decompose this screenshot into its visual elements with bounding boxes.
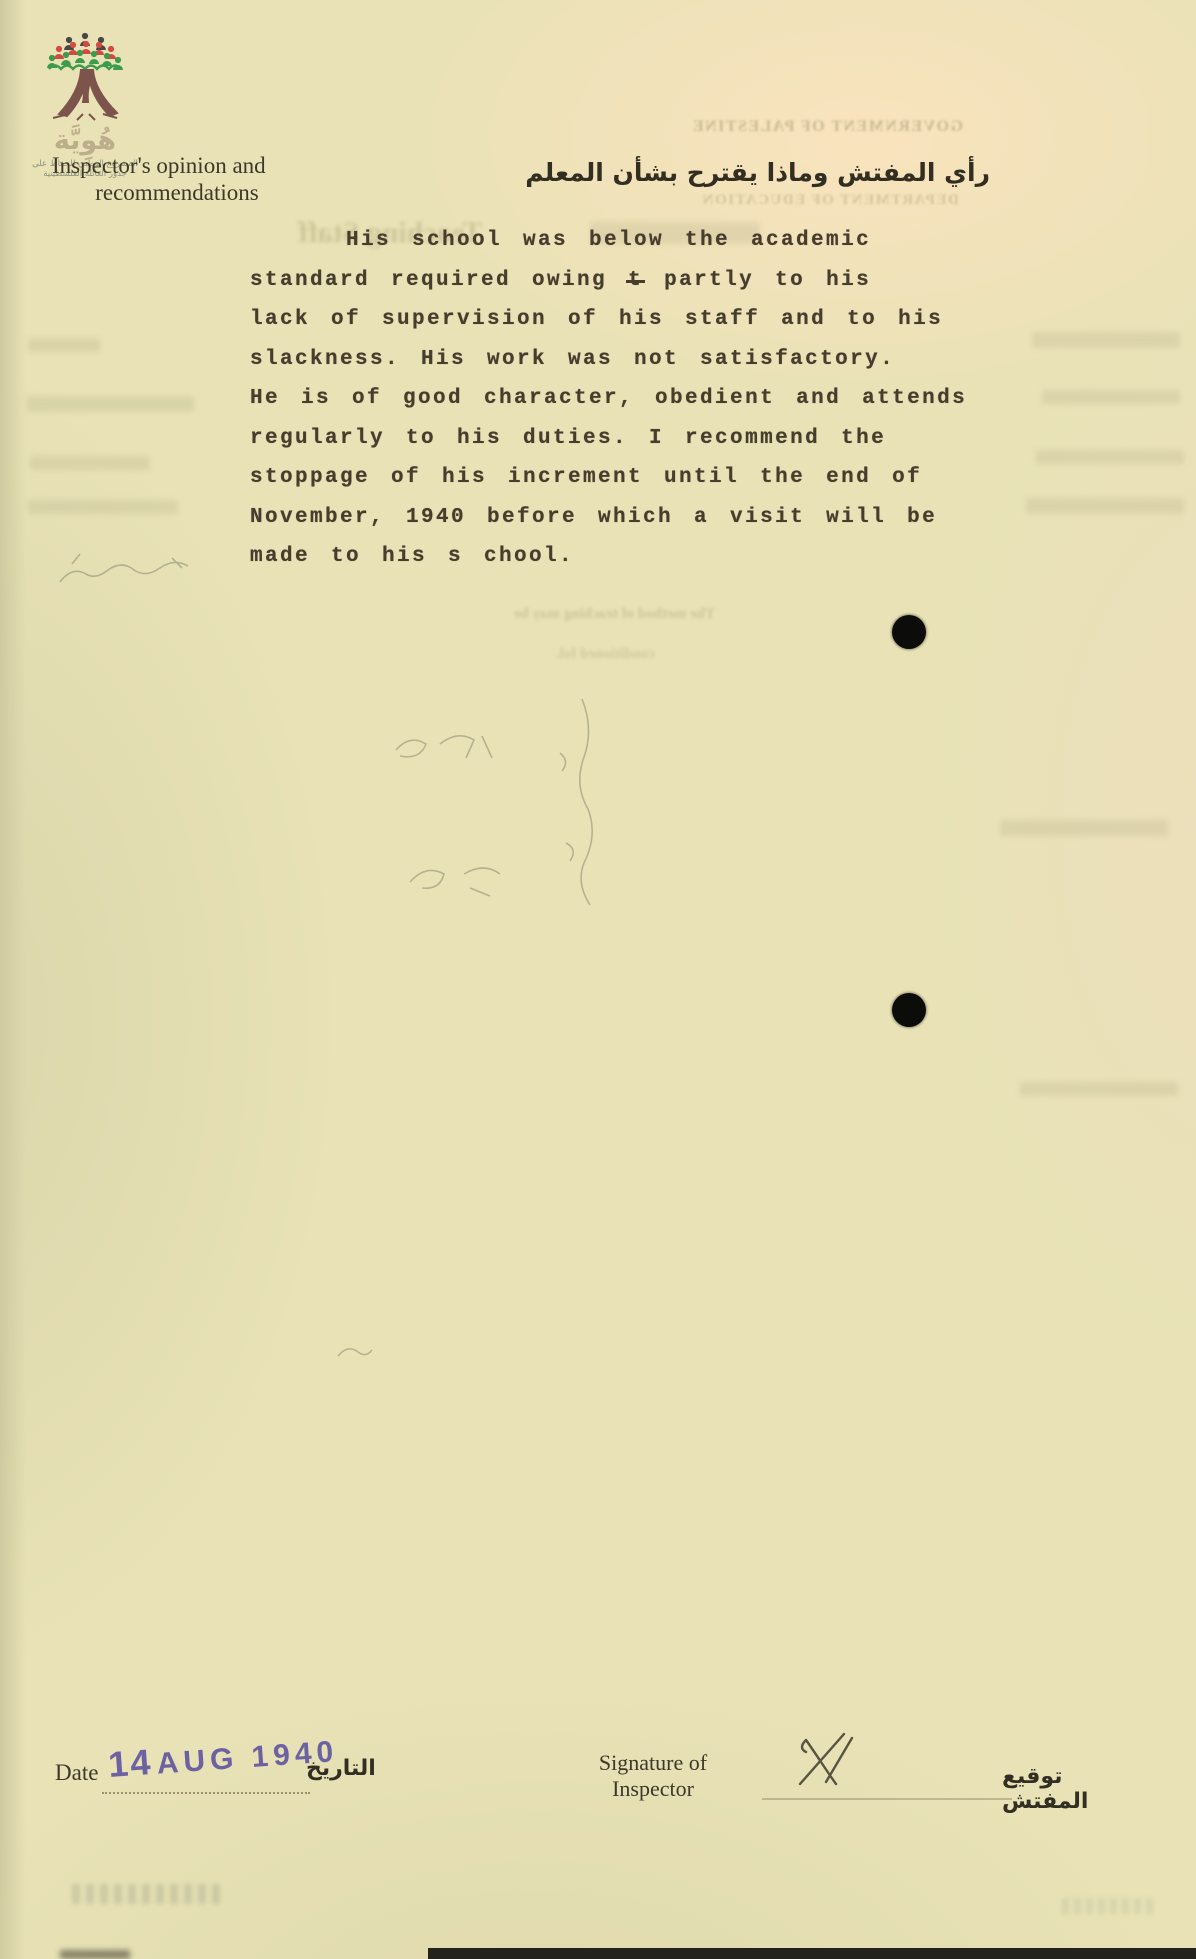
bleedthrough-smudge (28, 338, 100, 352)
remark-line: He is of good character, obedient and at… (250, 387, 967, 427)
pencil-scribble (378, 716, 508, 780)
signature-line (762, 1798, 1012, 1800)
bottom-edge-shadow (60, 1950, 130, 1959)
bleedthrough-note-line1: The method of teaching may be (430, 606, 715, 623)
bleedthrough-smudge (30, 456, 150, 470)
section-title-line1: Inspector's opinion and (52, 152, 302, 179)
pencil-scribble (330, 1332, 378, 1368)
punch-hole (892, 993, 926, 1027)
bottom-edge-shadow (428, 1948, 1196, 1959)
date-label: Date (55, 1760, 98, 1786)
tree-trunk (53, 70, 117, 120)
pencil-scribble (540, 693, 610, 911)
bleedthrough-smudge (28, 500, 178, 514)
remark-text: partly to his (643, 269, 871, 292)
bleedthrough-government-text: GOVERNMENT OF PALESTINE (695, 118, 963, 136)
inspector-signature (792, 1726, 864, 1798)
section-title-line2: recommendations (52, 179, 302, 206)
signature-label: Signature of Inspector (578, 1750, 728, 1802)
scanned-document-page: GOVERNMENT OF PALESTINE DEPARTMENT OF ED… (0, 0, 1196, 1959)
signature-label-line2: Inspector (578, 1776, 728, 1802)
remark-line: made to his s chool. (250, 545, 967, 585)
signature-label-arabic: توقيع المفتش (1002, 1764, 1122, 1814)
date-dotted-line (102, 1792, 310, 1794)
overstruck-character: t (628, 269, 643, 292)
remark-text: standard required owing (250, 269, 628, 292)
bleedthrough-smudge (1032, 332, 1180, 348)
remark-line: regularly to his duties. I recommend the (250, 427, 967, 467)
section-title-arabic: رأي المفتش وماذا يقترح بشأن المعلم (525, 158, 990, 187)
remark-line: standard required owing t partly to his (250, 269, 967, 309)
remark-line: lack of supervision of his staff and to … (250, 308, 967, 348)
date-stamp: 14 AUG 1940 (107, 1728, 340, 1786)
bleedthrough-smudge (1042, 390, 1180, 404)
remark-line: slackness. His work was not satisfactory… (250, 348, 967, 388)
bleedthrough-smudge (26, 396, 194, 412)
faint-stamp (1062, 1898, 1154, 1914)
bleedthrough-department-text: DEPARTMENT OF EDUCATION (700, 192, 960, 209)
remark-line: stoppage of his increment until the end … (250, 466, 967, 506)
date-stamp-day: 14 (107, 1741, 154, 1785)
remark-line: November, 1940 before which a visit will… (250, 506, 967, 546)
remark-line: His school was below the academic (250, 229, 967, 269)
bleedthrough-smudge (1020, 1082, 1178, 1096)
bleedthrough-note-line2: conditioned fol. (455, 646, 655, 663)
punch-hole (892, 615, 926, 649)
date-label-arabic: التاريخ (306, 1756, 376, 1781)
bleedthrough-smudge (1036, 450, 1184, 464)
pencil-scribble (398, 842, 528, 904)
bleedthrough-smudge (1026, 498, 1184, 514)
canopy-arc (49, 66, 121, 70)
signature-label-line1: Signature of (578, 1750, 728, 1776)
tree-of-people-logo-icon (39, 30, 131, 124)
section-title-english: Inspector's opinion and recommendations (52, 152, 302, 206)
bleedthrough-smudge (1000, 820, 1168, 836)
faint-stamp (72, 1884, 222, 1904)
typed-remarks: His school was below the academic standa… (250, 229, 967, 585)
pencil-scribble (52, 542, 202, 600)
